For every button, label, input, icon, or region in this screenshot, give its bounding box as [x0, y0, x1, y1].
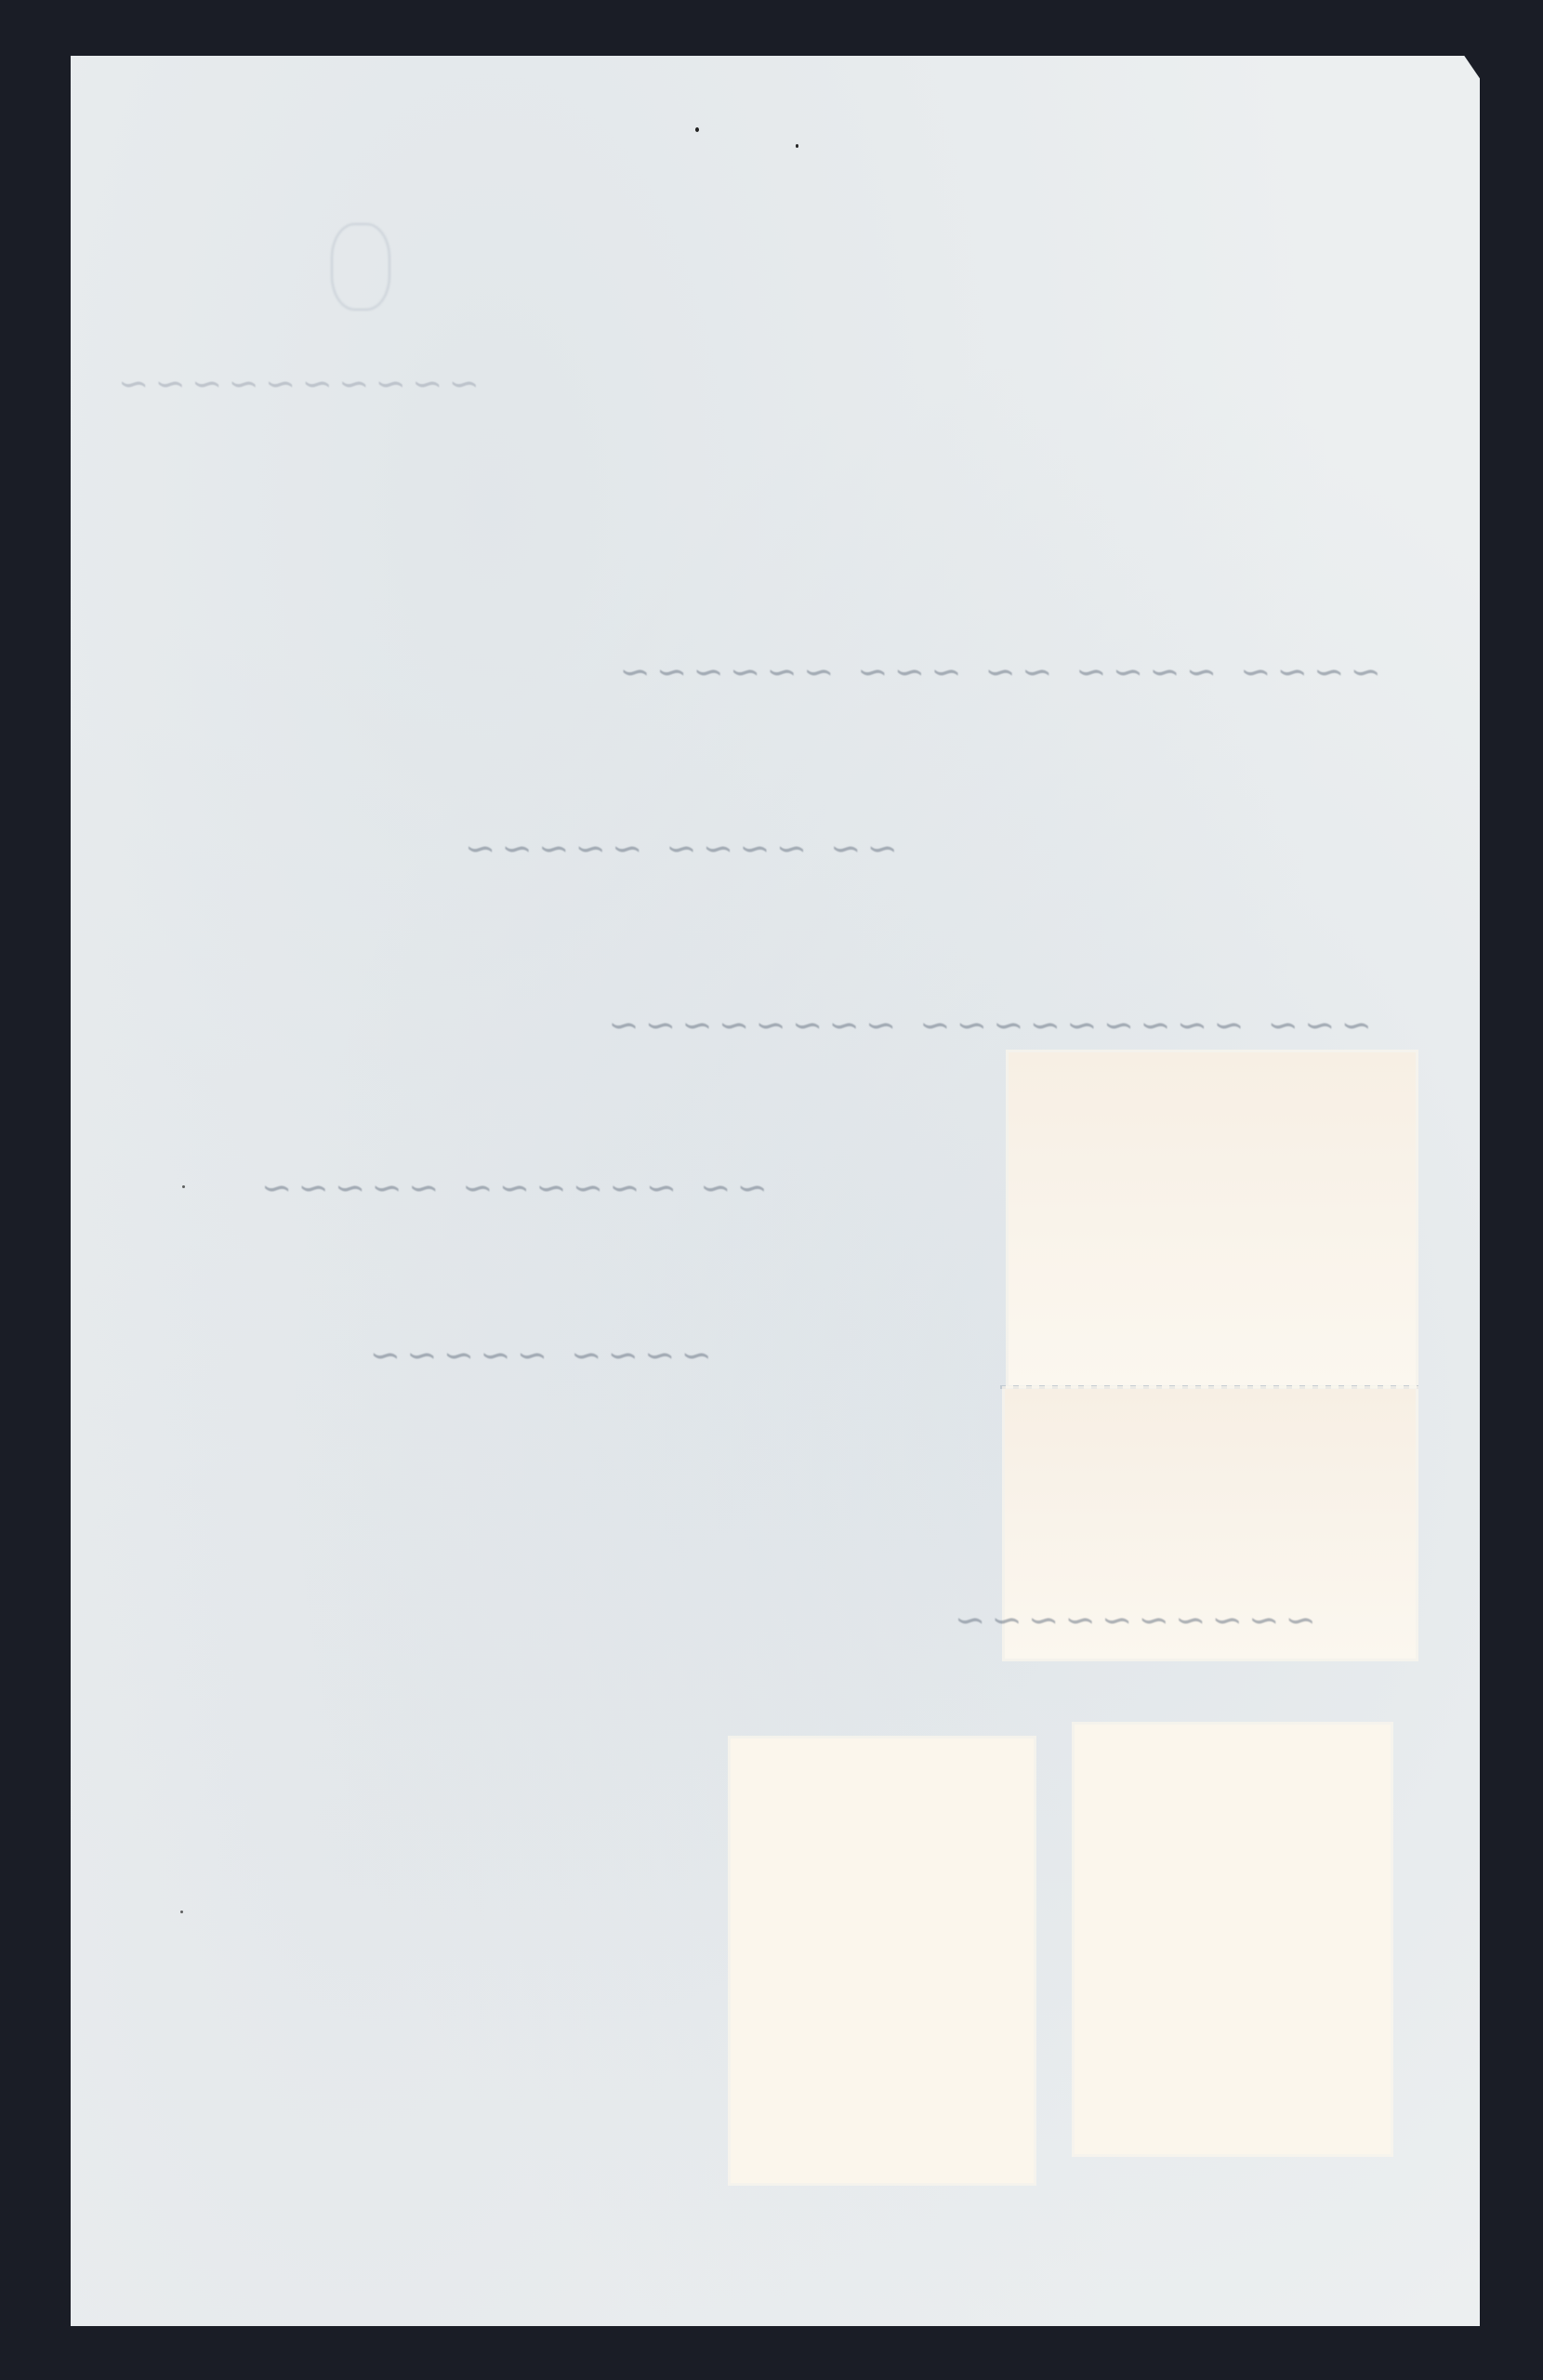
emblem-bleed-mark — [331, 223, 390, 311]
bleed-line-1: ~~~~ ~~~~ ~~ ~~~ ~~~~~~ — [229, 651, 1381, 695]
letterhead-bleed: ~~~~~~~~~~ — [201, 363, 480, 407]
signature-bleed: ~~~~~~~~~~ — [870, 1599, 1316, 1644]
document-page: ~~~~~~~~~~ ~~~~ ~~~~ ~~ ~~~ ~~~~~~ ~~ ~~… — [71, 56, 1480, 2326]
ink-speck — [695, 127, 699, 132]
bleed-line-5: ~~~~ ~~~~~ — [229, 1334, 712, 1379]
ink-speck — [796, 144, 798, 148]
ink-speck — [182, 1185, 185, 1188]
bleed-line-3: ~~~ ~~~~~~~~~ ~~~~~~~~ — [229, 1004, 1372, 1049]
bleed-line-2: ~~ ~~~~ ~~~~~ — [229, 827, 898, 872]
ink-speck — [180, 1911, 183, 1913]
bleed-line-4: ~~ ~~~~~~ ~~~~~ — [229, 1167, 768, 1211]
stamp-top-upper — [1009, 1052, 1416, 1385]
stamp-bottom-right — [1075, 1725, 1391, 2154]
stamp-bottom-left — [731, 1739, 1034, 2183]
